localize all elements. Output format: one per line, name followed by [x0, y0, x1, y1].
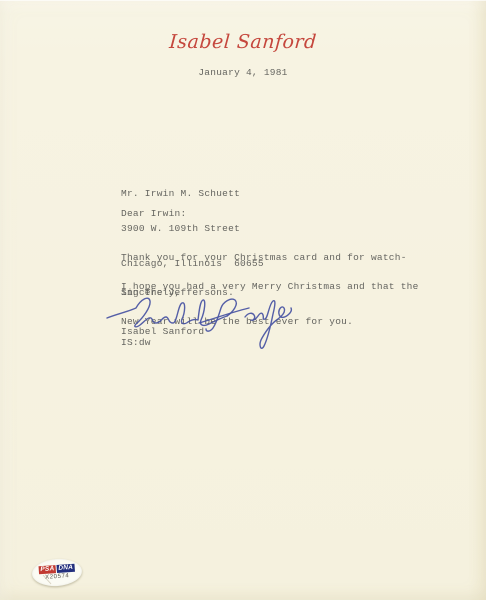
typist-initials: IS:dw [121, 337, 151, 349]
letter-date: January 4, 1981 [0, 67, 486, 79]
salutation: Dear Irwin: [121, 208, 186, 220]
psa-logo-badge: PSA [39, 565, 56, 574]
letter-page: Isabel Sanford January 4, 1981 Mr. Irwin… [0, 0, 486, 600]
recipient-name-line: Mr. Irwin M. Schuett [121, 188, 264, 200]
typed-signature-name: Isabel Sanford [121, 326, 204, 338]
dna-logo-badge: DNA [57, 563, 75, 572]
psa-dna-authentication-sticker: PSA DNA X20574 [31, 557, 83, 587]
psa-dna-logo: PSA DNA [39, 563, 75, 573]
letterhead-name: Isabel Sanford [0, 31, 486, 53]
